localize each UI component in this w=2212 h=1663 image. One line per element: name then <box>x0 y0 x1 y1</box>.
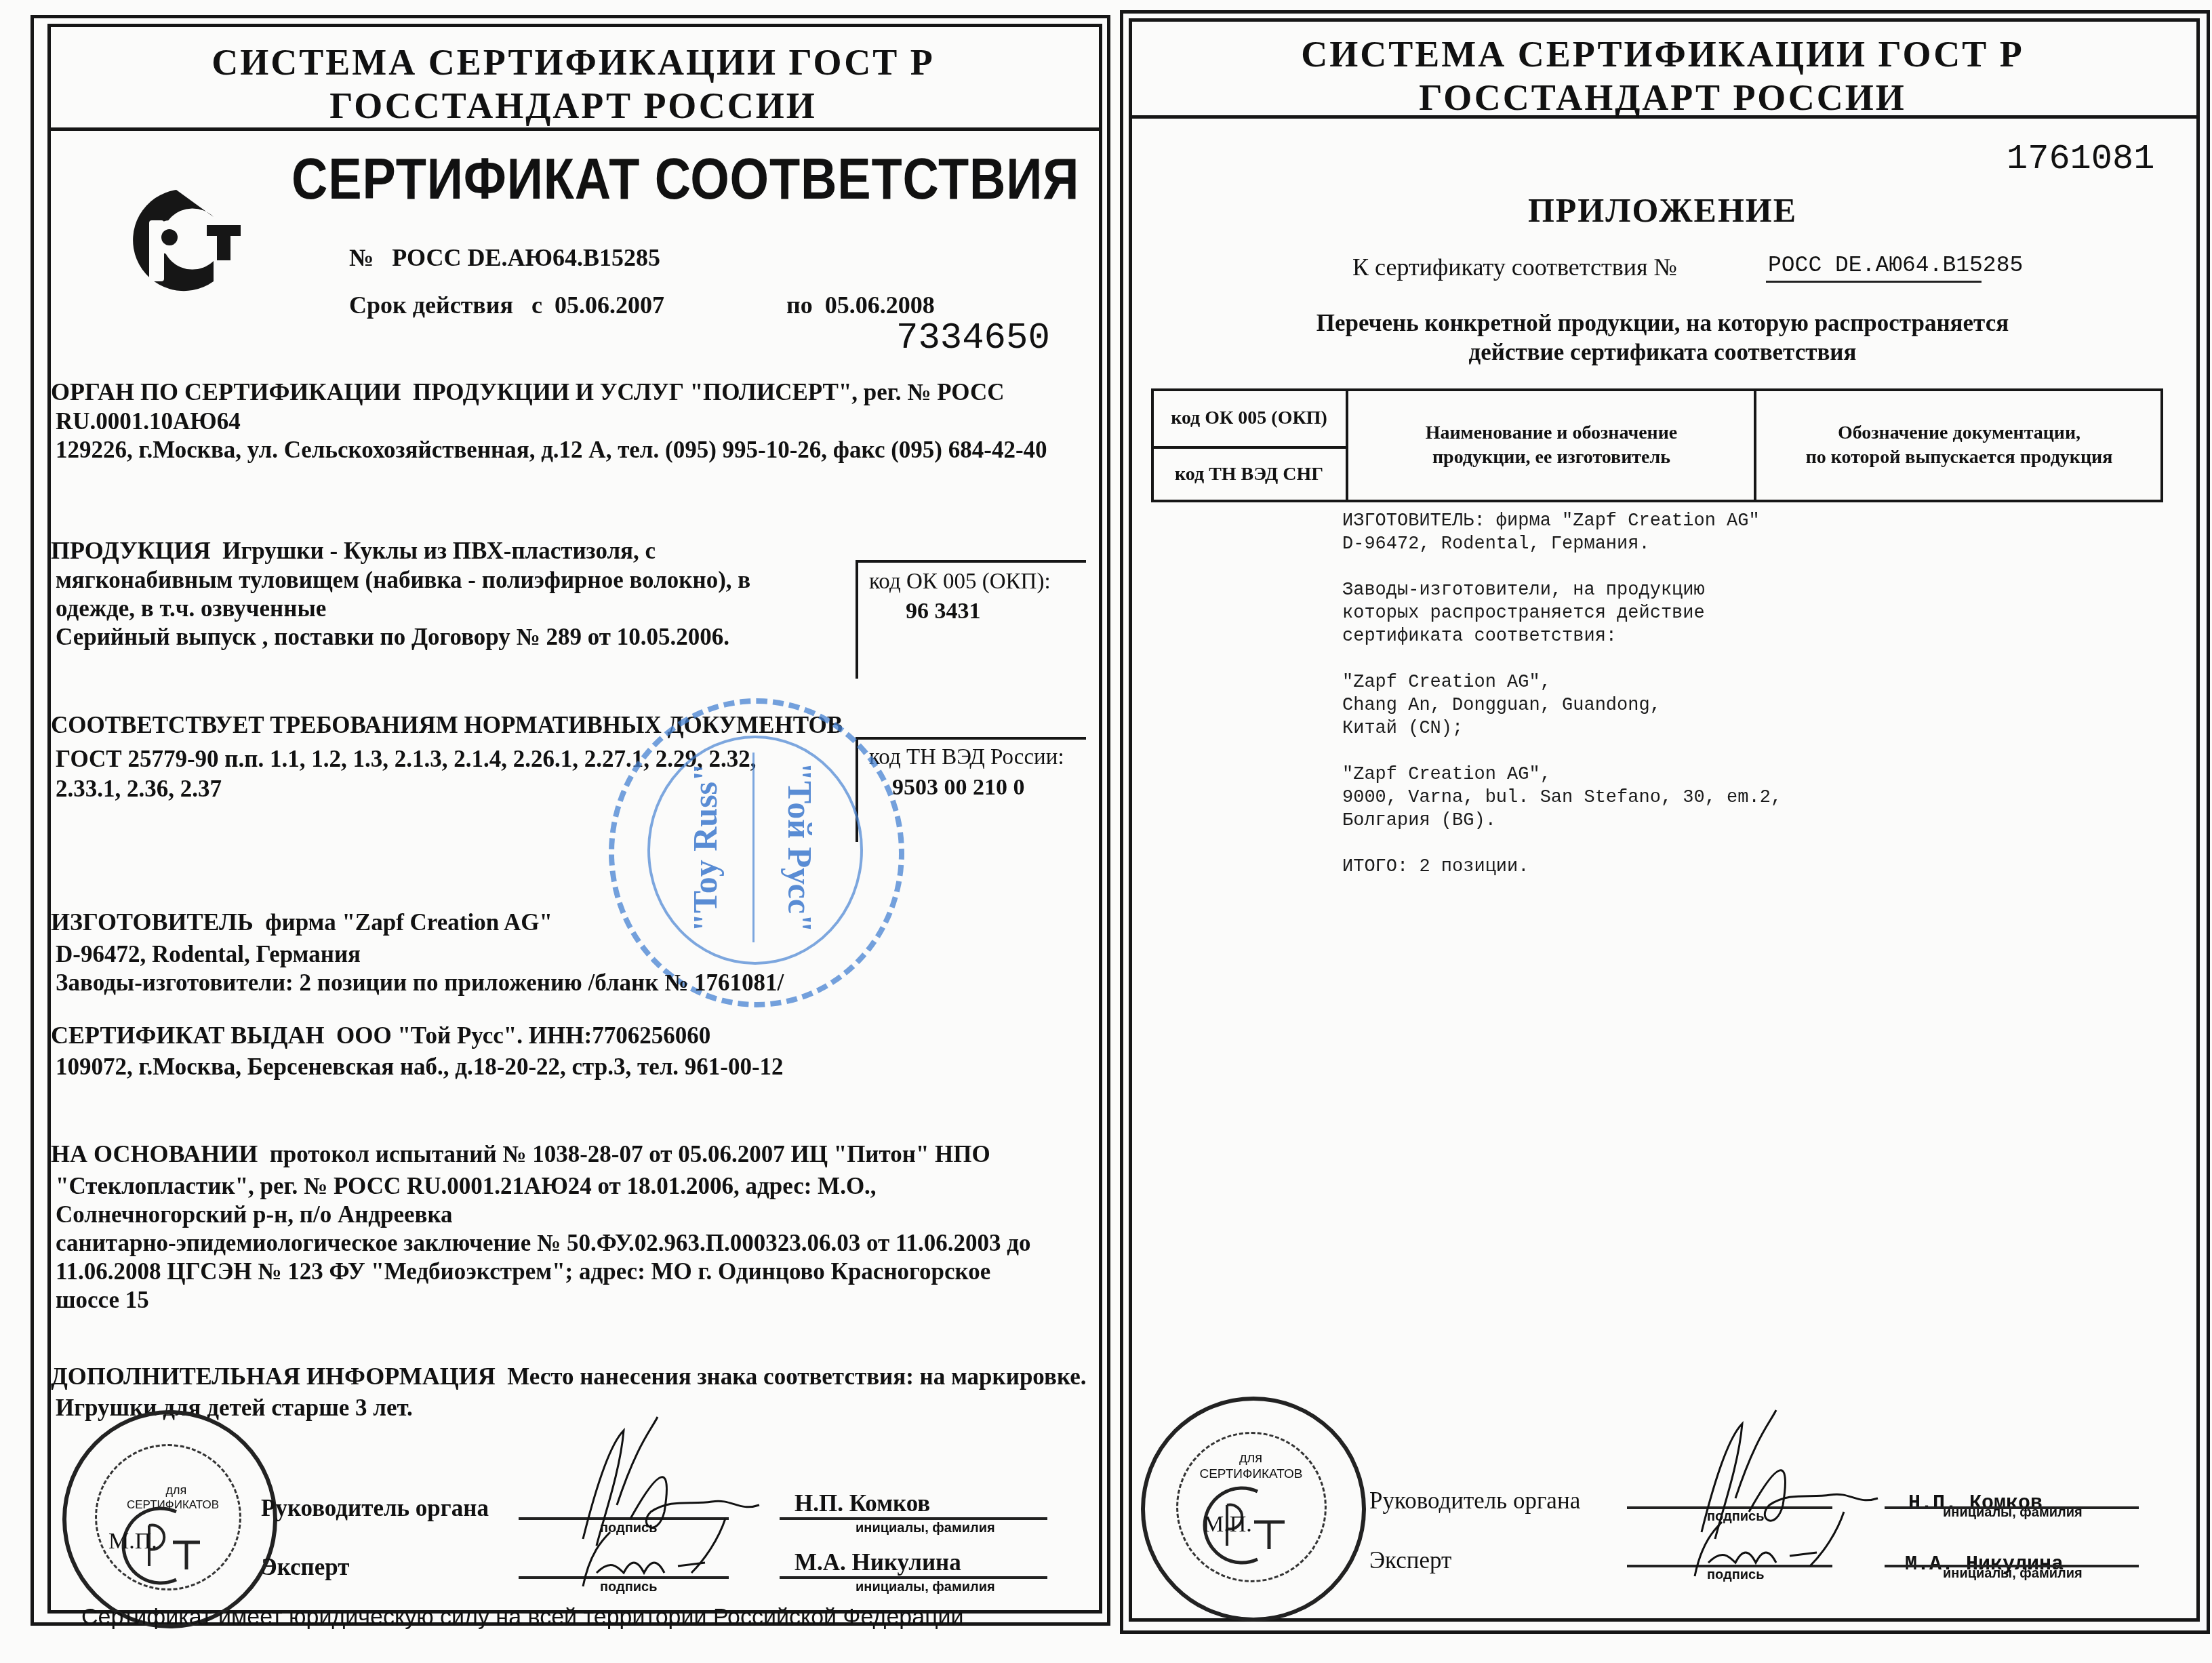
expert-name-caption: инициалы, фамилия <box>856 1580 995 1595</box>
additional-info-line-1: Место нанесения знака соответствия: на м… <box>507 1363 1086 1390</box>
product-line-3: одежде, в т.ч. озвученные <box>56 594 326 624</box>
appendix-list-line <box>1342 740 1782 763</box>
column-header-okp: код ОК 005 (ОКП) <box>1152 391 1346 445</box>
certificate-number: № РОСС DE.АЮ64.В15285 <box>349 243 660 273</box>
basis-line-5: 11.06.2008 ЦГСЭН № 123 ФУ "Медбиоэкстрем… <box>56 1257 990 1287</box>
appendix-list-line: ИЗГОТОВИТЕЛЬ: фирма "Zapf Creation AG" <box>1342 510 1782 533</box>
additional-info: ДОПОЛНИТЕЛЬНАЯ ИНФОРМАЦИЯ Место нанесени… <box>51 1361 1086 1392</box>
appendix-list-line: ИТОГО: 2 позиции. <box>1342 856 1782 879</box>
appendix-list-line: 9000, Varna, bul. San Stefano, 30, em.2, <box>1342 786 1782 809</box>
certificate-blank-number: 7334650 <box>896 319 1050 359</box>
manufacturer-line-2: D-96472, Rodental, Германия <box>56 940 361 969</box>
company-stamp-text-latin: "Toy Russ" <box>685 763 725 932</box>
basis-line-6: шоссе 15 <box>56 1285 149 1315</box>
column-header-documentation: Обозначение документации, по которой вып… <box>1757 391 2161 500</box>
certification-body: ОРГАН ПО СЕРТИФИКАЦИИ ПРОДУКЦИИ И УСЛУГ … <box>51 377 1005 407</box>
certificate-number-value: РОСС DE.АЮ64.В15285 <box>392 244 660 271</box>
appendix-subtitle-line-2: действие сертификата соответствия <box>1129 338 2196 367</box>
rst-conformity-mark-icon <box>102 183 251 298</box>
column-header-name: Наименование и обозначение продукции, ее… <box>1349 391 1754 500</box>
certificate-system-title: СИСТЕМА СЕРТИФИКАЦИИ ГОСТ Р ГОССТАНДАРТ … <box>47 41 1099 127</box>
head-name: Н.П. Комков <box>795 1489 930 1519</box>
issued-to-label: СЕРТИФИКАТ ВЫДАН <box>51 1022 324 1049</box>
basis: НА ОСНОВАНИИ протокол испытаний № 1038-2… <box>51 1139 990 1169</box>
expert-name: М.А. Никулина <box>795 1548 961 1578</box>
head-name-caption: инициалы, фамилия <box>856 1521 995 1536</box>
expert-signature-icon <box>569 1525 719 1593</box>
certification-body-line-2: RU.0001.10АЮ64 <box>56 407 241 437</box>
appendix-system-title: СИСТЕМА СЕРТИФИКАЦИИ ГОСТ Р ГОССТАНДАРТ … <box>1129 33 2196 119</box>
appendix-list-line: "Zapf Creation AG", <box>1342 671 1782 694</box>
appendix-list-line: "Zapf Creation AG", <box>1342 763 1782 786</box>
system-line-1: СИСТЕМА СЕРТИФИКАЦИИ ГОСТ Р <box>47 41 1099 84</box>
appendix-list-line: Китай (CN); <box>1342 717 1782 740</box>
product-line-1: Игрушки - Куклы из ПВХ-пластизоля, с <box>222 538 656 564</box>
appendix-head-label: Руководитель органа <box>1369 1486 1580 1516</box>
expert-name-line <box>780 1576 1047 1579</box>
seal-text: для <box>142 1483 210 1498</box>
appendix-seal-text-top: для <box>1217 1451 1285 1466</box>
to-cert-number: РОСС DE.АЮ64.В15285 <box>1768 251 2023 281</box>
basis-label: НА ОСНОВАНИИ <box>51 1140 258 1167</box>
appendix-blank-number: 1761081 <box>2007 139 2154 180</box>
certificate-title: СЕРТИФИКАТ СООТВЕТСТВИЯ <box>291 146 1079 213</box>
appendix-list-line <box>1342 648 1782 671</box>
certificate-footer: Сертификат имеет юридическую силу на все… <box>81 1602 964 1632</box>
product-line-4: Серийный выпуск , поставки по Договору №… <box>56 622 729 652</box>
appendix-list-line: Заводы-изготовители, на продукцию <box>1342 579 1782 602</box>
appendix-head-name-caption: инициалы, фамилия <box>1943 1505 2083 1521</box>
appendix-list-line: D-96472, Rodental, Германия. <box>1342 533 1782 556</box>
column-header-name-line-2: продукции, ее изготовитель <box>1432 445 1670 470</box>
number-sign: № <box>349 244 374 271</box>
system-line-2: ГОССТАНДАРТ РОССИИ <box>47 84 1099 127</box>
appendix-list-line <box>1342 556 1782 579</box>
to-cert-label: К сертификату соответствия № <box>1352 252 1677 282</box>
certification-body-address: 129226, г.Москва, ул. Сельскохозяйственн… <box>56 435 1047 465</box>
validity-from-date: 05.06.2007 <box>555 292 664 319</box>
appendix-expert-label: Эксперт <box>1369 1546 1451 1576</box>
basis-line-4: санитарно-эпидемиологическое заключение … <box>56 1228 1031 1258</box>
manufacturer-line-3: Заводы-изготовители: 2 позиции по прилож… <box>56 968 784 998</box>
validity-to-label: по <box>786 292 813 319</box>
okp-box-left <box>856 560 858 679</box>
certification-body-line-1: ПРОДУКЦИИ И УСЛУГ "ПОЛИСЕРТ", рег. № РОС… <box>413 379 1005 405</box>
appendix-list-line: Chang An, Dongguan, Guandong, <box>1342 694 1782 717</box>
appendix-system-line-1: СИСТЕМА СЕРТИФИКАЦИИ ГОСТ Р <box>1129 33 2196 76</box>
product: ПРОДУКЦИЯ Игрушки - Куклы из ПВХ-пластиз… <box>51 536 656 566</box>
tnved-box-top <box>856 737 1086 740</box>
products-table-col-divider-1 <box>1346 388 1348 502</box>
okp-value: 96 3431 <box>906 597 981 626</box>
seal-text-top: для <box>142 1483 210 1498</box>
appendix-title: ПРИЛОЖЕНИЕ <box>1129 190 2196 231</box>
appendix-list-line <box>1342 833 1782 856</box>
issued-to: СЕРТИФИКАТ ВЫДАН ООО "Той Русс". ИНН:770… <box>51 1020 710 1051</box>
column-header-name-line-1: Наименование и обозначение <box>1426 421 1678 445</box>
basis-line-1: протокол испытаний № 1038-28-07 от 05.06… <box>270 1141 990 1167</box>
appendix-products-list: ИЗГОТОВИТЕЛЬ: фирма "Zapf Creation AG"D-… <box>1342 510 1782 879</box>
validity-to: по 05.06.2008 <box>786 290 935 320</box>
okp-box-top <box>856 560 1086 563</box>
appendix-seal-mp: М.П. <box>1203 1512 1252 1538</box>
basis-line-3: Солнечногорский р-н, п/о Андреевка <box>56 1200 453 1230</box>
company-stamp-divider <box>752 753 755 942</box>
validity-period: Срок действия с 05.06.2007 <box>349 290 664 320</box>
head-label: Руководитель органа <box>261 1494 489 1523</box>
issued-to-line-2: 109072, г.Москва, Берсеневская наб., д.1… <box>56 1052 784 1082</box>
company-stamp-text-cyrillic: "Той Русс" <box>780 762 820 932</box>
certificate-header-divider <box>47 127 1099 131</box>
additional-info-label: ДОПОЛНИТЕЛЬНАЯ ИНФОРМАЦИЯ <box>51 1363 496 1390</box>
product-label: ПРОДУКЦИЯ <box>51 537 211 564</box>
appendix-expert-name-caption: инициалы, фамилия <box>1943 1566 2083 1582</box>
column-header-tnved: код ТН ВЭД СНГ <box>1152 449 1346 500</box>
to-cert-number-underline <box>1766 281 1982 283</box>
manufacturer-label: ИЗГОТОВИТЕЛЬ <box>51 908 254 936</box>
issued-to-line-1: ООО "Той Русс". ИНН:7706256060 <box>336 1022 710 1049</box>
product-line-2: мягконабивным туловищем (набивка - полиэ… <box>56 565 750 595</box>
appendix-expert-signature-icon <box>1681 1515 1830 1583</box>
tnved-label: код ТН ВЭД России: <box>869 742 1064 772</box>
appendix-system-line-2: ГОССТАНДАРТ РОССИИ <box>1129 76 2196 119</box>
additional-info-line-2: Игрушки для детей старше 3 лет. <box>56 1393 413 1423</box>
validity-from-label: с <box>531 292 542 319</box>
manufacturer: ИЗГОТОВИТЕЛЬ фирма "Zapf Creation AG" <box>51 907 552 938</box>
seal-mp: М.П. <box>108 1529 157 1555</box>
appendix-list-line: которых распространяется действие <box>1342 602 1782 625</box>
appendix-list-line: сертификата соответствия: <box>1342 625 1782 648</box>
appendix-subtitle-line-1: Перечень конкретной продукции, на котору… <box>1129 308 2196 338</box>
basis-line-2: "Стеклопластик", рег. № РОСС RU.0001.21А… <box>56 1171 877 1201</box>
certification-body-label: ОРГАН ПО СЕРТИФИКАЦИИ <box>51 378 401 405</box>
products-table-col-divider-2 <box>1754 388 1756 502</box>
okp-label: код ОК 005 (ОКП): <box>869 567 1051 597</box>
column-header-doc-line-2: по которой выпускается продукция <box>1806 445 2113 470</box>
validity-label: Срок действия <box>349 292 513 319</box>
manufacturer-line-1: фирма "Zapf Creation AG" <box>265 909 552 936</box>
conformity-line-2: 2.33.1, 2.36, 2.37 <box>56 774 222 804</box>
column-header-doc-line-1: Обозначение документации, <box>1838 421 2080 445</box>
appendix-list-line: Болгария (BG). <box>1342 809 1782 833</box>
head-name-line <box>780 1517 1047 1520</box>
validity-to-date: 05.06.2008 <box>825 292 935 319</box>
appendix-seal-text-middle: СЕРТИФИКАТОВ <box>1192 1467 1310 1482</box>
company-stamp-inner-ring <box>647 736 863 965</box>
tnved-value: 9503 00 210 0 <box>892 773 1025 803</box>
expert-label: Эксперт <box>261 1552 349 1582</box>
